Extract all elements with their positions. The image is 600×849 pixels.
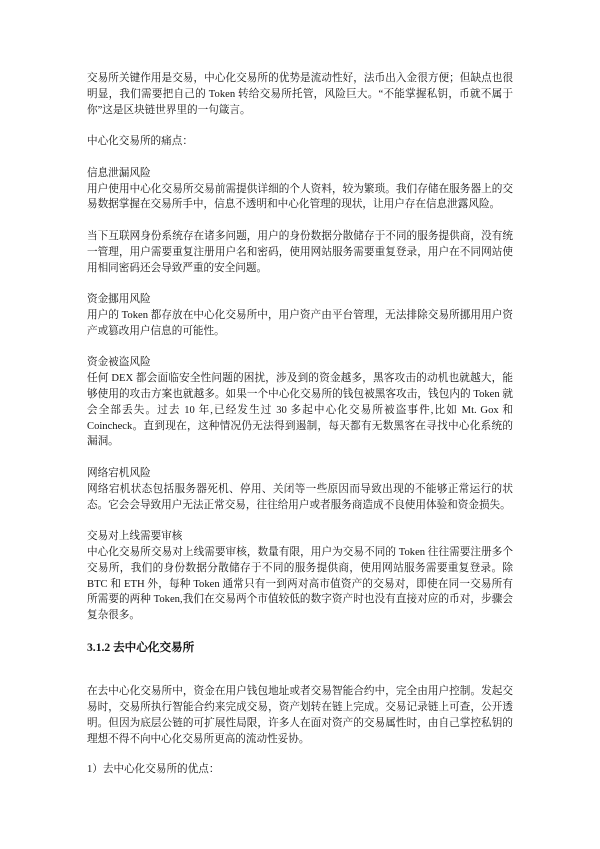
risk-label: 交易对上线需要审核 — [87, 529, 513, 545]
section-heading-text: 3.1.2 去中心化交易所 — [87, 641, 194, 654]
risk-label: 网络宕机风险 — [87, 466, 513, 482]
risk-body: 用户使用中心化交易所交易前需提供详细的个人资料，较为繁琐。我们存储在服务器上的交… — [87, 182, 513, 214]
risk-label: 信息泄漏风险 — [87, 166, 513, 182]
section-fund-theft-risk: 资金被盗风险 任何 DEX 都会面临安全性问题的困扰，涉及到的资金越多，黑客攻击… — [87, 355, 513, 450]
section-info-leak-risk: 信息泄漏风险 用户使用中心化交易所交易前需提供详细的个人资料，较为繁琐。我们存储… — [87, 166, 513, 213]
section-listing-review: 交易对上线需要审核 中心化交易所交易对上线需要审核，数量有限，用户为交易不同的 … — [87, 529, 513, 624]
paragraph-text: 当下互联网身份系统存在诸多问题，用户的身份数据分散储存于不同的服务提供商，没有统… — [87, 231, 513, 274]
paragraph-text: 1）去中心化交易所的优点： — [87, 764, 219, 775]
risk-body: 用户的 Token 都存放在中心化交易所中，用户资产由平台管理，无法排除交易所挪… — [87, 308, 513, 340]
section-downtime-risk: 网络宕机风险 网络宕机状态包括服务器死机、停用、关闭等一些原因而导致出现的不能够… — [87, 466, 513, 513]
section-heading-3-1-2: 3.1.2 去中心化交易所 — [87, 640, 513, 656]
risk-label: 资金被盗风险 — [87, 355, 513, 371]
paragraph-text: 交易所关键作用是交易，中心化交易所的优势是流动性好，法币出入金很方便；但缺点也很… — [87, 73, 513, 116]
paragraph-text: 在去中心化交易所中，资金在用户钱包地址或者交易智能合约中，完全由用户控制。发起交… — [87, 686, 513, 744]
risk-body: 任何 DEX 都会面临安全性问题的困扰，涉及到的资金越多，黑客攻击的动机也就越大… — [87, 371, 513, 450]
paragraph-identity-systems: 当下互联网身份系统存在诸多问题，用户的身份数据分散储存于不同的服务提供商，没有统… — [87, 229, 513, 276]
risk-body: 中心化交易所交易对上线需要审核，数量有限，用户为交易不同的 Token 往往需要… — [87, 545, 513, 624]
paragraph-dex-intro: 在去中心化交易所中，资金在用户钱包地址或者交易智能合约中，完全由用户控制。发起交… — [87, 684, 513, 747]
paragraph-text: 中心化交易所的痛点： — [87, 136, 193, 147]
dex-advantages-lead-in: 1）去中心化交易所的优点： — [87, 762, 513, 778]
paragraph-exchange-intro: 交易所关键作用是交易，中心化交易所的优势是流动性好，法币出入金很方便；但缺点也很… — [87, 71, 513, 118]
section-fund-misuse-risk: 资金挪用风险 用户的 Token 都存放在中心化交易所中，用户资产由平台管理，无… — [87, 292, 513, 339]
risk-body: 网络宕机状态包括服务器死机、停用、关闭等一些原因而导致出现的不能够正常运行的状态… — [87, 482, 513, 514]
pain-points-lead-in: 中心化交易所的痛点： — [87, 134, 513, 150]
risk-label: 资金挪用风险 — [87, 292, 513, 308]
document-page: 交易所关键作用是交易，中心化交易所的优势是流动性好，法币出入金很方便；但缺点也很… — [0, 0, 600, 849]
